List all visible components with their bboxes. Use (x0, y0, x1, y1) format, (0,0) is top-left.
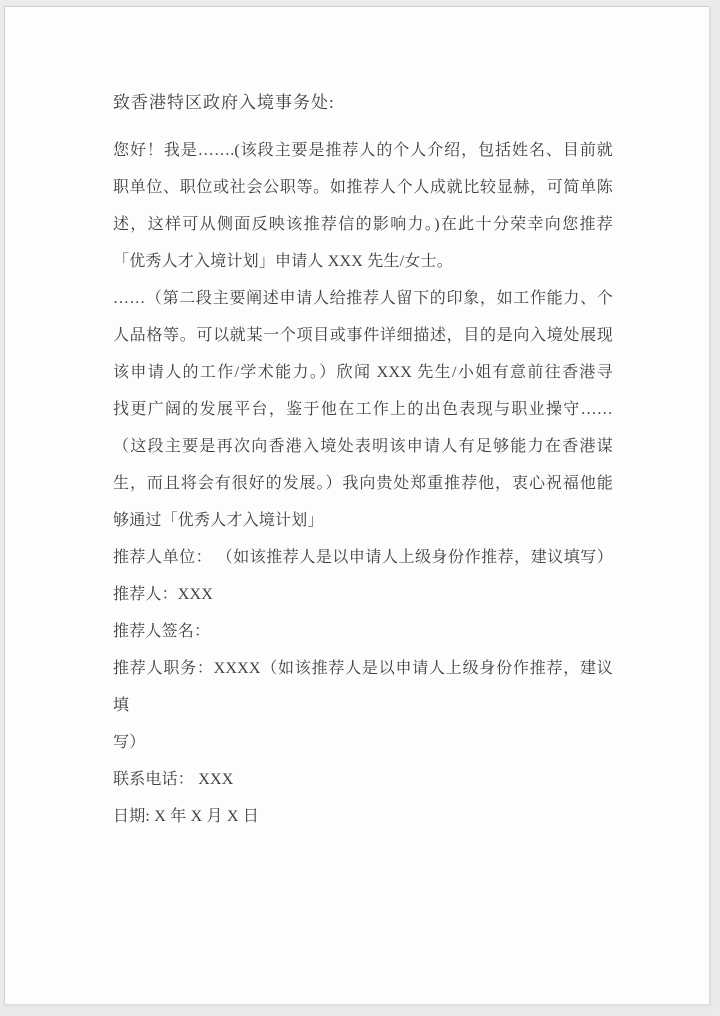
closing-paragraph-line: 够通过「优秀人才入境计划」 (113, 502, 613, 539)
intro-paragraph-line: 述，这样可从侧面反映该推荐信的影响力。)在此十分荣幸向您推荐 (113, 206, 613, 243)
body-paragraph-line: 该申请人的工作/学术能力。）欣闻 XXX 先生/小姐有意前往香港寻 (113, 354, 613, 391)
recommender-signature-line: 推荐人签名： (113, 613, 613, 650)
intro-paragraph-line: 您好！我是…….(该段主要是推荐人的个人介绍，包括姓名、目前就 (113, 132, 613, 169)
applicant-line: 「优秀人才入境计划」申请人 XXX 先生/女士。 (113, 243, 613, 280)
recommender-name-line: 推荐人：XXX (113, 576, 613, 613)
document-page: 致香港特区政府入境事务处: 您好！我是…….(该段主要是推荐人的个人介绍，包括姓… (4, 6, 710, 1005)
recommender-title-line: 写） (113, 724, 613, 761)
body-paragraph-line: 人品格等。可以就某一个项目或事件详细描述，目的是向入境处展现 (113, 317, 613, 354)
closing-paragraph-line: （这段主要是再次向香港入境处表明该申请人有足够能力在香港谋 (113, 428, 613, 465)
intro-paragraph-line: 职单位、职位或社会公职等。如推荐人个人成就比较显赫，可简单陈 (113, 169, 613, 206)
closing-paragraph-line: 生，而且将会有很好的发展。）我向贵处郑重推荐他，衷心祝福他能 (113, 465, 613, 502)
recommender-unit-line: 推荐人单位： （如该推荐人是以申请人上级身份作推荐，建议填写） (113, 539, 613, 576)
salutation-line: 致香港特区政府入境事务处: (113, 84, 613, 121)
recommendation-letter-body: 致香港特区政府入境事务处: 您好！我是…….(该段主要是推荐人的个人介绍，包括姓… (113, 84, 613, 835)
body-paragraph-line: ……（第二段主要阐述申请人给推荐人留下的印象，如工作能力、个 (113, 280, 613, 317)
body-paragraph-line: 找更广阔的发展平台，鉴于他在工作上的出色表现与职业操守…… (113, 391, 613, 428)
recommender-title-line: 推荐人职务：XXXX（如该推荐人是以申请人上级身份作推荐，建议填 (113, 650, 613, 724)
contact-phone-line: 联系电话： XXX (113, 761, 613, 798)
date-line: 日期: X 年 X 月 X 日 (113, 798, 613, 835)
